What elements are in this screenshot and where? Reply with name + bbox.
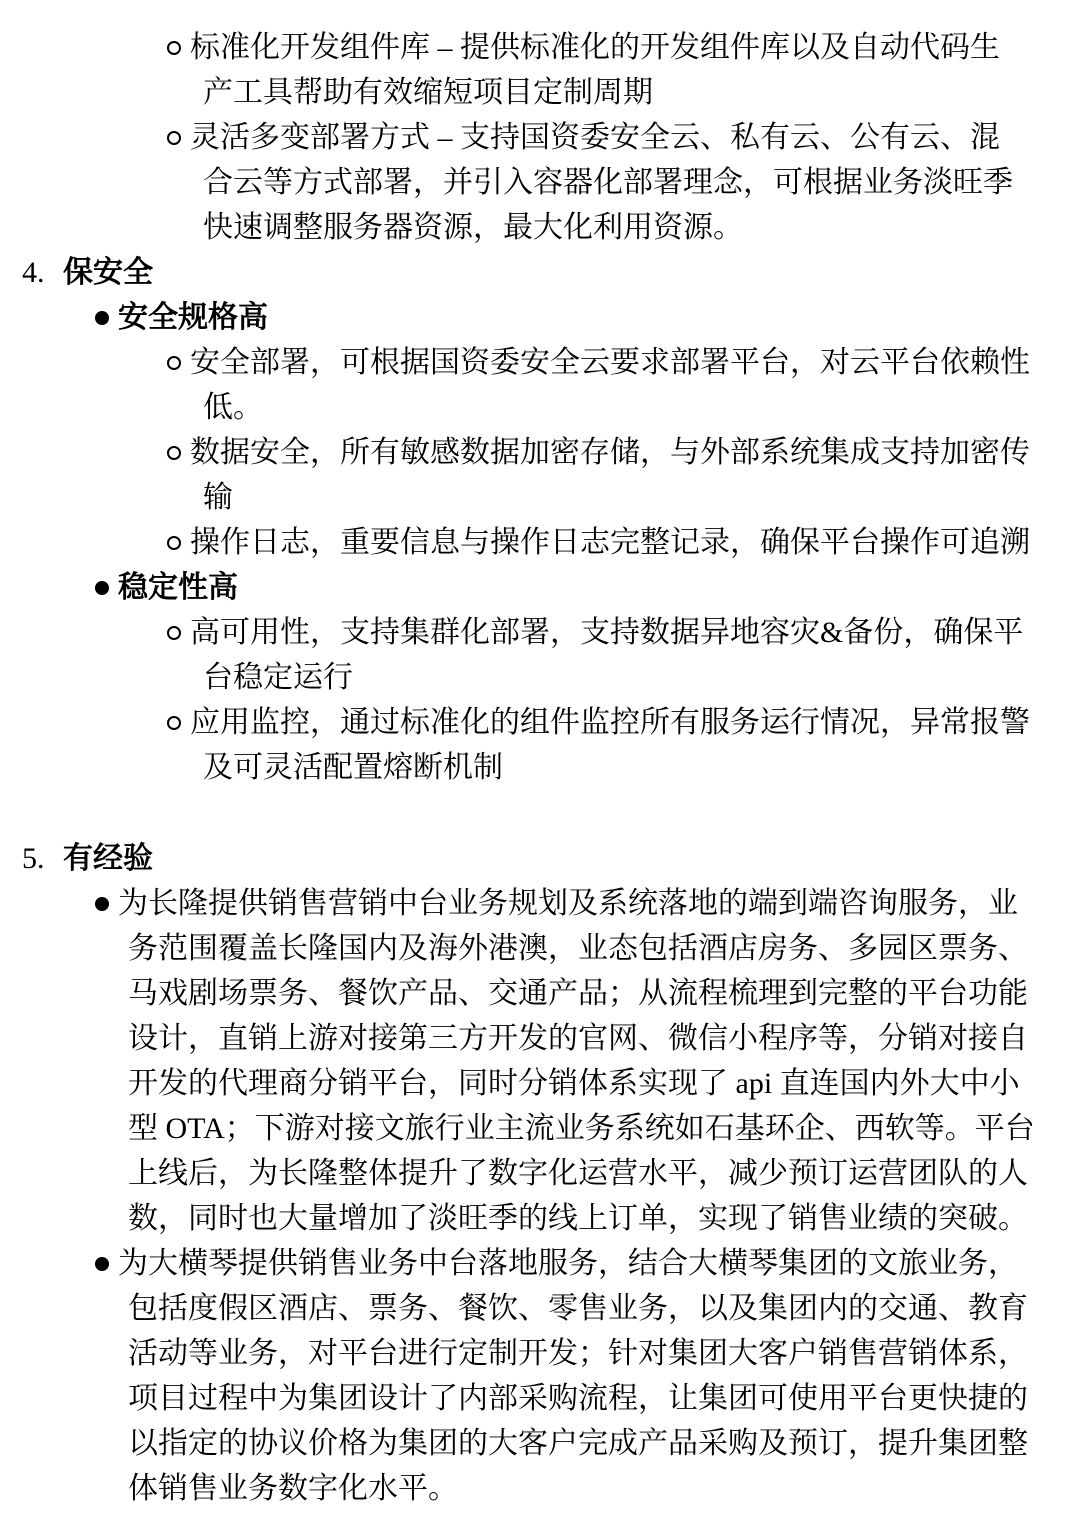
circle-bullet-icon [167,356,181,370]
circle-bullet-icon [167,716,181,730]
list-item-text: 为大横琴提供销售业务中台落地服务，结合大横琴集团的文旅业务， 包括度假区酒店、票… [118,1247,1028,1505]
list-item-disc: 为大横琴提供销售业务中台落地服务，结合大横琴集团的文旅业务， 包括度假区酒店、票… [0,1241,1080,1511]
list-item-circle: 高可用性，支持集群化部署，支持数据异地容灾&备份，确保平 台稳定运行 [0,610,1080,700]
circle-bullet-icon [167,41,181,55]
list-item-text: 稳定性高 [118,571,238,604]
list-item-text: 安全规格高 [118,301,268,334]
list-item-circle: 应用监控，通过标准化的组件监控所有服务运行情况，异常报警 及可灵活配置熔断机制 [0,700,1080,790]
list-item-disc: 为长隆提供销售营销中台业务规划及系统落地的端到端咨询服务，业 务范围覆盖长隆国内… [0,881,1080,1241]
circle-bullet-icon [167,446,181,460]
document-body: 标准化开发组件库 – 提供标准化的开发组件库以及自动代码生 产工具帮助有效缩短项… [0,0,1080,1511]
list-item-circle: 灵活多变部署方式 – 支持国资委安全云、私有云、公有云、混 合云等方式部署，并引… [0,115,1080,250]
list-item-text: 标准化开发组件库 – 提供标准化的开发组件库以及自动代码生 产工具帮助有效缩短项… [190,31,1000,109]
list-item-circle: 安全部署，可根据国资委安全云要求部署平台，对云平台依赖性 低。 [0,340,1080,430]
page: { "page": { "background": "#ffffff", "te… [0,0,1080,1524]
paragraph-spacer [0,790,1080,836]
item-number: 4. [22,250,45,295]
list-item-text: 数据安全，所有敏感数据加密存储，与外部系统集成支持加密传 输 [190,436,1030,514]
list-item-circle: 操作日志，重要信息与操作日志完整记录，确保平台操作可追溯 [0,520,1080,565]
list-item-text: 有经验 [63,842,153,875]
circle-bullet-icon [167,131,181,145]
circle-bullet-icon [167,536,181,550]
item-number: 5. [22,836,45,881]
list-item-text: 灵活多变部署方式 – 支持国资委安全云、私有云、公有云、混 合云等方式部署，并引… [190,121,1013,244]
list-item-text: 应用监控，通过标准化的组件监控所有服务运行情况，异常报警 及可灵活配置熔断机制 [190,706,1030,784]
disc-bullet-icon [95,897,109,911]
list-item-number: 4.保安全 [0,250,1080,295]
circle-bullet-icon [167,626,181,640]
list-item-text: 安全部署，可根据国资委安全云要求部署平台，对云平台依赖性 低。 [190,346,1030,424]
list-item-circle: 数据安全，所有敏感数据加密存储，与外部系统集成支持加密传 输 [0,430,1080,520]
list-item-text: 为长隆提供销售营销中台业务规划及系统落地的端到端咨询服务，业 务范围覆盖长隆国内… [118,887,1035,1235]
list-item-text: 保安全 [63,256,153,289]
list-item-text: 操作日志，重要信息与操作日志完整记录，确保平台操作可追溯 [190,526,1030,559]
list-item-circle: 标准化开发组件库 – 提供标准化的开发组件库以及自动代码生 产工具帮助有效缩短项… [0,25,1080,115]
list-item-disc: 安全规格高 [0,295,1080,340]
list-item-number: 5.有经验 [0,836,1080,881]
disc-bullet-icon [95,581,109,595]
list-item-text: 高可用性，支持集群化部署，支持数据异地容灾&备份，确保平 台稳定运行 [190,616,1023,694]
disc-bullet-icon [95,1257,109,1271]
list-item-disc: 稳定性高 [0,565,1080,610]
disc-bullet-icon [95,311,109,325]
